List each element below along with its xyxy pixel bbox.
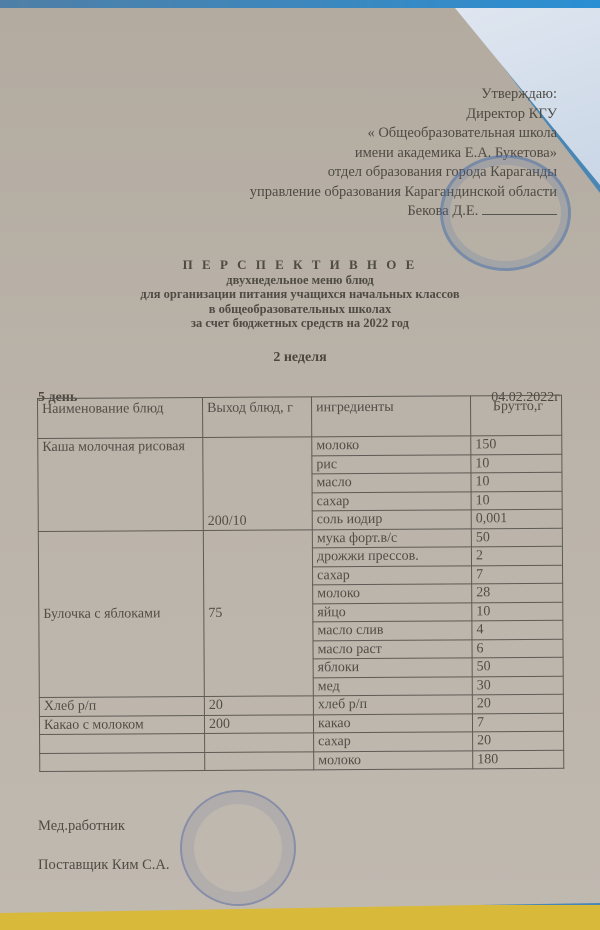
ingredient-name: яйцо [313,602,472,621]
ingredient-name: молоко [312,436,471,455]
ingredient-gross: 20 [472,694,563,713]
approval-line: « Общеобразовательная школа [250,124,557,144]
ingredient-gross: 10 [471,491,562,510]
dish-name: Каша молочная рисовая [38,437,204,531]
dish-name [40,733,205,753]
ingredient-name: рис [312,454,471,473]
table-header-row: Наименование блюд Выход блюд, г ингредие… [38,395,562,438]
ingredient-gross: 20 [473,731,564,750]
ingredient-name: хлеб р/п [313,695,472,714]
header-ingredients: ингредиенты [311,396,470,437]
ingredient-name: яблоки [313,658,472,677]
title-line: двухнедельное меню блюд [0,273,600,288]
week-label: 2 неделя [0,350,600,366]
approval-line: Директор КГУ [250,105,557,125]
ingredient-gross: 6 [472,639,563,658]
document-title: П Е Р С П Е К Т И В Н О Е двухнедельное … [0,258,600,331]
ingredient-name: мед [313,676,472,695]
ingredient-gross: 7 [472,713,563,732]
dish-yield [205,733,314,752]
ingredient-name: сахар [312,491,471,510]
title-line: в общеобразовательных школах [0,302,600,317]
ingredient-gross: 10 [471,472,562,491]
header-dish: Наименование блюд [38,397,203,438]
dish-yield: 75 [203,529,313,696]
ingredient-name: какао [313,713,472,732]
ingredient-gross: 150 [471,435,562,454]
ingredient-gross: 10 [471,454,562,473]
ingredient-gross: 28 [472,583,563,602]
ingredient-gross: 4 [472,620,563,639]
ingredient-name: масло раст [313,639,472,658]
approval-line: Утверждаю: [250,85,557,105]
dish-name [40,752,205,772]
menu-table: Наименование блюд Выход блюд, г ингредие… [37,395,564,772]
header-yield: Выход блюд, г [202,397,311,438]
ingredient-gross: 0,001 [471,509,562,528]
official-stamp-icon [440,155,571,271]
ingredient-name: дрожжи прессов. [312,547,471,566]
ingredient-gross: 50 [471,528,562,547]
medic-signature: Мед.работник [38,818,125,835]
title-heading: П Е Р С П Е К Т И В Н О Е [0,258,600,273]
ingredient-gross: 50 [472,657,563,676]
title-line: за счет бюджетных средств на 2022 год [0,316,600,331]
dish-name: Хлеб р/п [39,696,204,716]
ingredient-name: сахар [313,565,472,584]
ingredient-gross: 180 [473,750,564,769]
dish-name: Булочка с яблоками [38,530,204,698]
dish-yield: 200/10 [203,437,313,530]
dish-yield [205,751,314,770]
header-gross: Брутто,г [470,395,561,436]
ingredient-gross: 30 [472,676,563,695]
ingredient-name: мука форт.в/с [312,528,471,547]
ingredient-name: масло [312,473,471,492]
ingredient-gross: 10 [472,602,563,621]
dish-yield: 20 [204,696,313,715]
ingredient-name: молоко [313,584,472,603]
supplier-stamp-icon [180,790,296,906]
table-row: молоко180 [40,750,564,772]
ingredient-name: масло слив [313,621,472,640]
ingredient-name: соль иодир [312,510,471,529]
ingredient-name: сахар [314,732,473,751]
ingredient-name: молоко [314,750,473,769]
ingredient-gross: 2 [471,546,562,565]
dish-name: Какао с молоком [39,715,204,735]
supplier-signature: Поставщик Ким С.А. [38,857,170,874]
dish-yield: 200 [204,714,313,733]
title-line: для организации питания учащихся начальн… [0,287,600,302]
ingredient-gross: 7 [472,565,563,584]
